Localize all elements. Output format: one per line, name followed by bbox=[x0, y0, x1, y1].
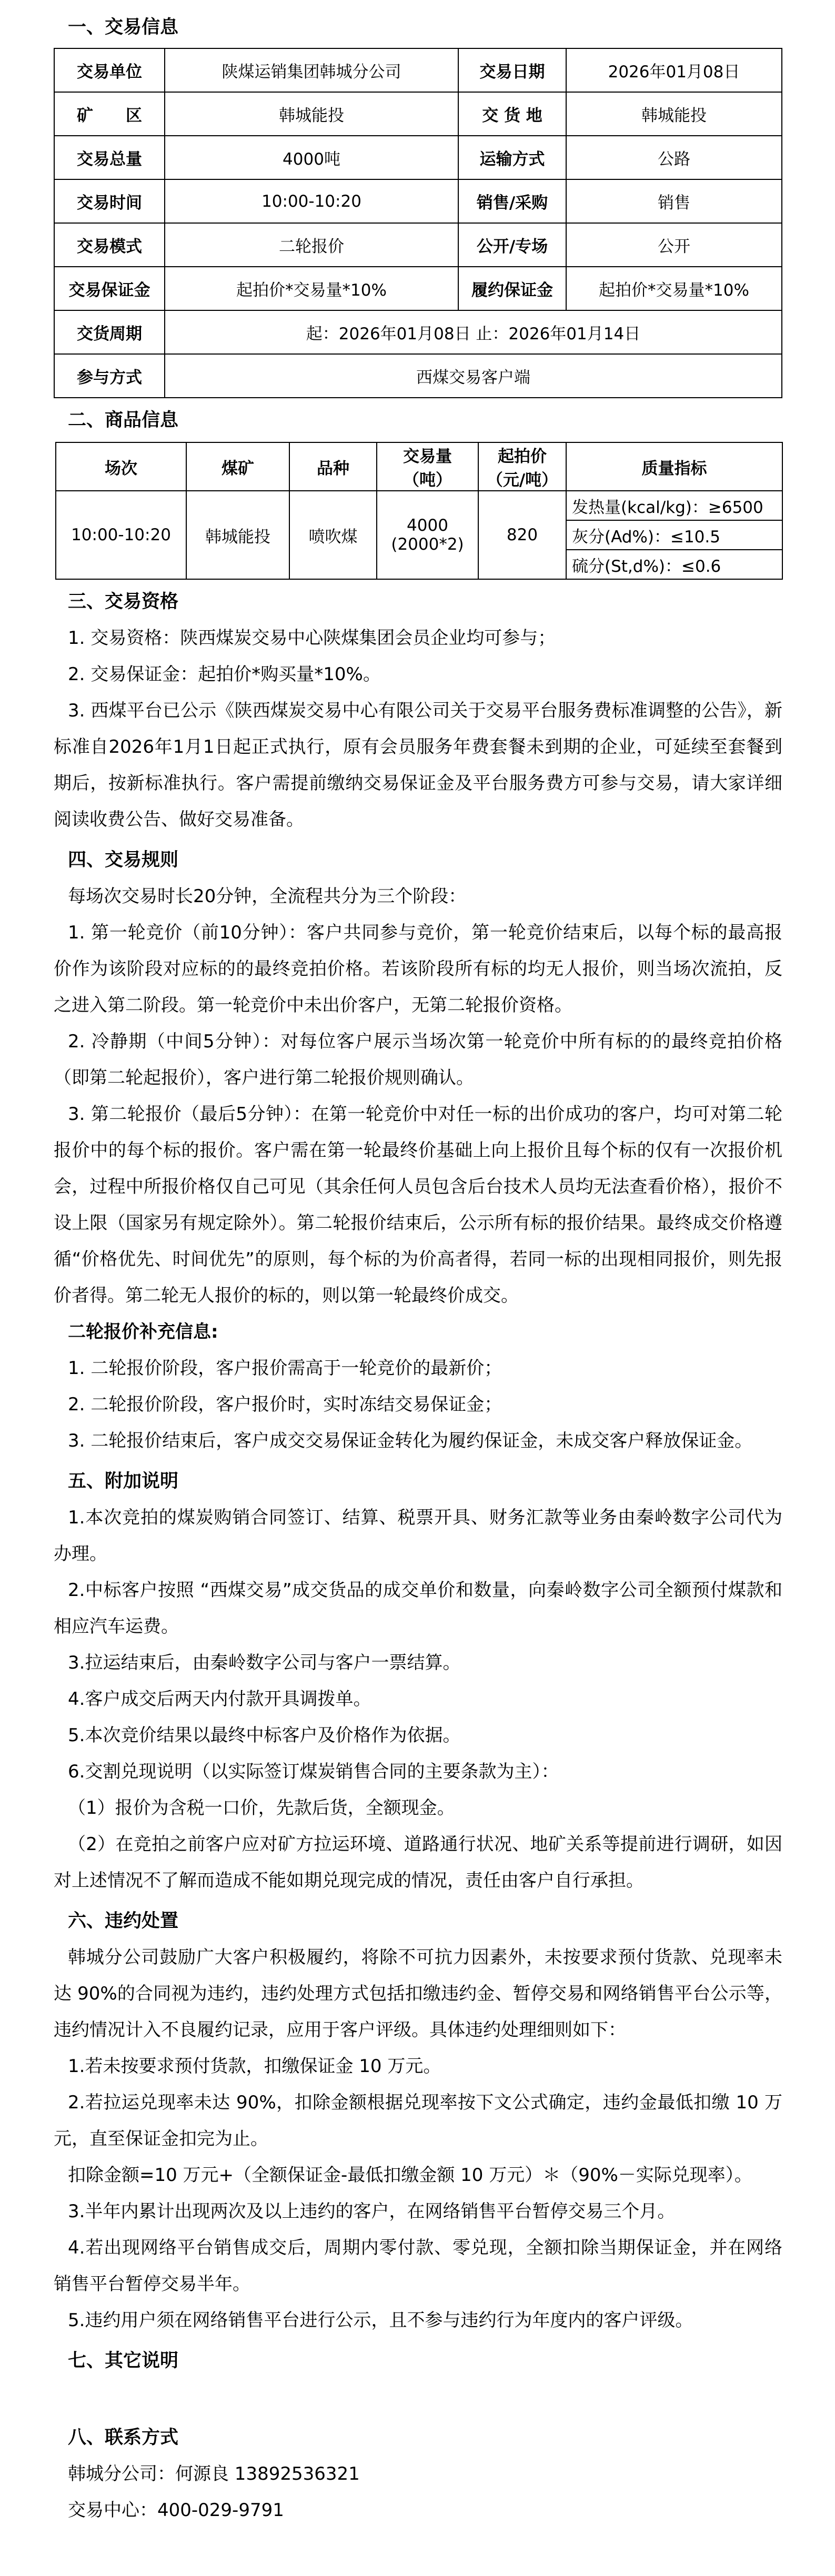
paragraph: 1. 二轮报价阶段，客户报价需高于一轮竞价的最新价； bbox=[54, 1350, 782, 1387]
row-label: 交易单位 bbox=[54, 48, 165, 92]
table-row: 矿 区 韩城能投 交 货 地 韩城能投 bbox=[54, 92, 782, 136]
row-label: 交易日期 bbox=[458, 48, 566, 92]
contact-line: 韩城分公司：何源良 13892536321 bbox=[54, 2456, 782, 2492]
session-cell: 10:00-10:20 bbox=[56, 491, 186, 579]
row-label: 公开/专场 bbox=[458, 223, 566, 267]
table-row: 交易模式 二轮报价 公开/专场 公开 bbox=[54, 223, 782, 267]
row-value: 销售 bbox=[566, 179, 782, 223]
row-label: 交易时间 bbox=[54, 179, 165, 223]
row-label: 履约保证金 bbox=[458, 267, 566, 310]
paragraph: 6.交割兑现说明（以实际签订煤炭销售合同的主要条款为主）： bbox=[54, 1754, 782, 1790]
paragraph: 1. 第一轮竞价（前10分钟）：客户共同参与竞价，第一轮竞价结束后，以每个标的最… bbox=[54, 915, 782, 1024]
paragraph: 3.拉运结束后，由秦岭数字公司与客户一票结算。 bbox=[54, 1645, 782, 1681]
table-row: 交易单位 陕煤运销集团韩城分公司 交易日期 2026年01月08日 bbox=[54, 48, 782, 92]
paragraph: 1.本次竞拍的煤炭购销合同签订、结算、税票开具、财务汇款等业务由秦岭数字公司代为… bbox=[54, 1500, 782, 1572]
paragraph: 2. 二轮报价阶段，客户报价时，实时冻结交易保证金； bbox=[54, 1387, 782, 1423]
quality-indicator-cell: 硫分(St,d%)：≤0.6 bbox=[566, 550, 782, 579]
table-row: 交货周期 起：2026年01月08日 止：2026年01月14日 bbox=[54, 310, 782, 354]
document-page: 一、交易信息 交易单位 陕煤运销集团韩城分公司 交易日期 2026年01月08日… bbox=[0, 0, 835, 2529]
row-value: 4000吨 bbox=[165, 136, 458, 179]
paragraph: 1. 交易资格：陕西煤炭交易中心陕煤集团会员企业均可参与； bbox=[54, 620, 782, 656]
sub-heading: 二轮报价补充信息: bbox=[54, 1314, 782, 1350]
row-value: 韩城能投 bbox=[566, 92, 782, 136]
row-label: 交易保证金 bbox=[54, 267, 165, 310]
column-header: 品种 bbox=[289, 442, 377, 491]
mine-cell: 韩城能投 bbox=[186, 491, 289, 579]
table-row: 交易时间 10:00-10:20 销售/采购 销售 bbox=[54, 179, 782, 223]
column-header: 煤矿 bbox=[186, 442, 289, 491]
row-label: 参与方式 bbox=[54, 354, 165, 398]
section-1-heading: 一、交易信息 bbox=[54, 9, 782, 46]
paragraph: 2.若拉运兑现率未达 90%，扣除金额根据兑现率按下文公式确定，违约金最低扣缴 … bbox=[54, 2085, 782, 2157]
paragraph: 5.本次竞价结果以最终中标客户及价格作为依据。 bbox=[54, 1718, 782, 1754]
section-8-heading: 八、联系方式 bbox=[54, 2420, 782, 2456]
table-row: 交易保证金 起拍价*交易量*10% 履约保证金 起拍价*交易量*10% bbox=[54, 267, 782, 310]
column-header: 交易量 （吨） bbox=[377, 442, 478, 491]
section-5-heading: 五、附加说明 bbox=[54, 1463, 782, 1500]
formula-line: 扣除金额=10 万元+（全额保证金-最低扣缴金额 10 万元）＊（90%－实际兑… bbox=[54, 2157, 782, 2194]
row-label: 交易总量 bbox=[54, 136, 165, 179]
row-value: 2026年01月08日 bbox=[566, 48, 782, 92]
paragraph: 3.半年内累计出现两次及以上违约的客户，在网络销售平台暂停交易三个月。 bbox=[54, 2194, 782, 2230]
paragraph: （2）在竞拍之前客户应对矿方拉运环境、道路通行状况、地矿关系等提前进行调研，如因… bbox=[54, 1826, 782, 1899]
quantity-cell: 4000 (2000*2) bbox=[377, 491, 478, 579]
row-value: 西煤交易客户端 bbox=[165, 354, 782, 398]
section-2-heading: 二、商品信息 bbox=[54, 402, 782, 439]
row-label: 运输方式 bbox=[458, 136, 566, 179]
row-value: 起拍价*交易量*10% bbox=[566, 267, 782, 310]
contact-line: 交易中心：400-029-9791 bbox=[54, 2492, 782, 2529]
column-header: 起拍价 （元/吨） bbox=[478, 442, 566, 491]
start-price-cell: 820 bbox=[478, 491, 566, 579]
product-info-table: 场次 煤矿 品种 交易量 （吨） 起拍价 （元/吨） 质量指标 10:00-10… bbox=[55, 442, 783, 580]
quality-indicator-cell: 发热量(kcal/kg)：≥6500 bbox=[566, 491, 782, 520]
empty-line bbox=[54, 2379, 782, 2416]
section-3-heading: 三、交易资格 bbox=[54, 584, 782, 620]
paragraph: 每场次交易时长20分钟，全流程共分为三个阶段： bbox=[54, 878, 782, 915]
row-value: 起拍价*交易量*10% bbox=[165, 267, 458, 310]
row-label: 矿 区 bbox=[54, 92, 165, 136]
section-7-heading: 七、其它说明 bbox=[54, 2343, 782, 2379]
section-4-heading: 四、交易规则 bbox=[54, 842, 782, 878]
table-row: 10:00-10:20 韩城能投 喷吹煤 4000 (2000*2) 820 发… bbox=[56, 491, 782, 520]
row-value: 起：2026年01月08日 止：2026年01月14日 bbox=[165, 310, 782, 354]
row-value: 韩城能投 bbox=[165, 92, 458, 136]
paragraph: 韩城分公司鼓励广大客户积极履约，将除不可抗力因素外，未按要求预付货款、兑现率未达… bbox=[54, 1939, 782, 2048]
row-value: 公路 bbox=[566, 136, 782, 179]
paragraph: 2. 冷静期（中间5分钟）：对每位客户展示当场次第一轮竞价中所有标的的最终竞拍价… bbox=[54, 1024, 782, 1096]
paragraph: 4.若出现网络平台销售成交后，周期内零付款、零兑现，全额扣除当期保证金，并在网络… bbox=[54, 2230, 782, 2302]
transaction-info-table: 交易单位 陕煤运销集团韩城分公司 交易日期 2026年01月08日 矿 区 韩城… bbox=[54, 48, 782, 398]
quality-indicator-cell: 灰分(Ad%)：≤10.5 bbox=[566, 520, 782, 550]
paragraph: 3. 西煤平台已公示《陕西煤炭交易中心有限公司关于交易平台服务费标准调整的公告》… bbox=[54, 693, 782, 838]
paragraph: 3. 第二轮报价（最后5分钟）：在第一轮竞价中对任一标的出价成功的客户，均可对第… bbox=[54, 1096, 782, 1314]
row-value: 10:00-10:20 bbox=[165, 179, 458, 223]
row-label: 销售/采购 bbox=[458, 179, 566, 223]
section-6-heading: 六、违约处置 bbox=[54, 1903, 782, 1939]
row-value: 陕煤运销集团韩城分公司 bbox=[165, 48, 458, 92]
table-row: 参与方式 西煤交易客户端 bbox=[54, 354, 782, 398]
column-header: 质量指标 bbox=[566, 442, 782, 491]
column-header: 场次 bbox=[56, 442, 186, 491]
row-label: 交 货 地 bbox=[458, 92, 566, 136]
paragraph: 4.客户成交后两天内付款开具调拨单。 bbox=[54, 1681, 782, 1718]
paragraph: 3. 二轮报价结束后，客户成交交易保证金转化为履约保证金，未成交客户释放保证金。 bbox=[54, 1423, 782, 1459]
row-label: 交货周期 bbox=[54, 310, 165, 354]
row-label: 交易模式 bbox=[54, 223, 165, 267]
paragraph: 2.中标客户按照 “西煤交易”成交货品的成交单价和数量，向秦岭数字公司全额预付煤… bbox=[54, 1572, 782, 1645]
paragraph: 2. 交易保证金：起拍价*购买量*10%。 bbox=[54, 656, 782, 693]
paragraph: （1）报价为含税一口价，先款后货，全额现金。 bbox=[54, 1790, 782, 1826]
breed-cell: 喷吹煤 bbox=[289, 491, 377, 579]
paragraph: 5.违约用户须在网络销售平台进行公示，且不参与违约行为年度内的客户评级。 bbox=[54, 2302, 782, 2339]
paragraph: 1.若未按要求预付货款，扣缴保证金 10 万元。 bbox=[54, 2048, 782, 2085]
row-value: 公开 bbox=[566, 223, 782, 267]
table-header-row: 场次 煤矿 品种 交易量 （吨） 起拍价 （元/吨） 质量指标 bbox=[56, 442, 782, 491]
row-value: 二轮报价 bbox=[165, 223, 458, 267]
table-row: 交易总量 4000吨 运输方式 公路 bbox=[54, 136, 782, 179]
